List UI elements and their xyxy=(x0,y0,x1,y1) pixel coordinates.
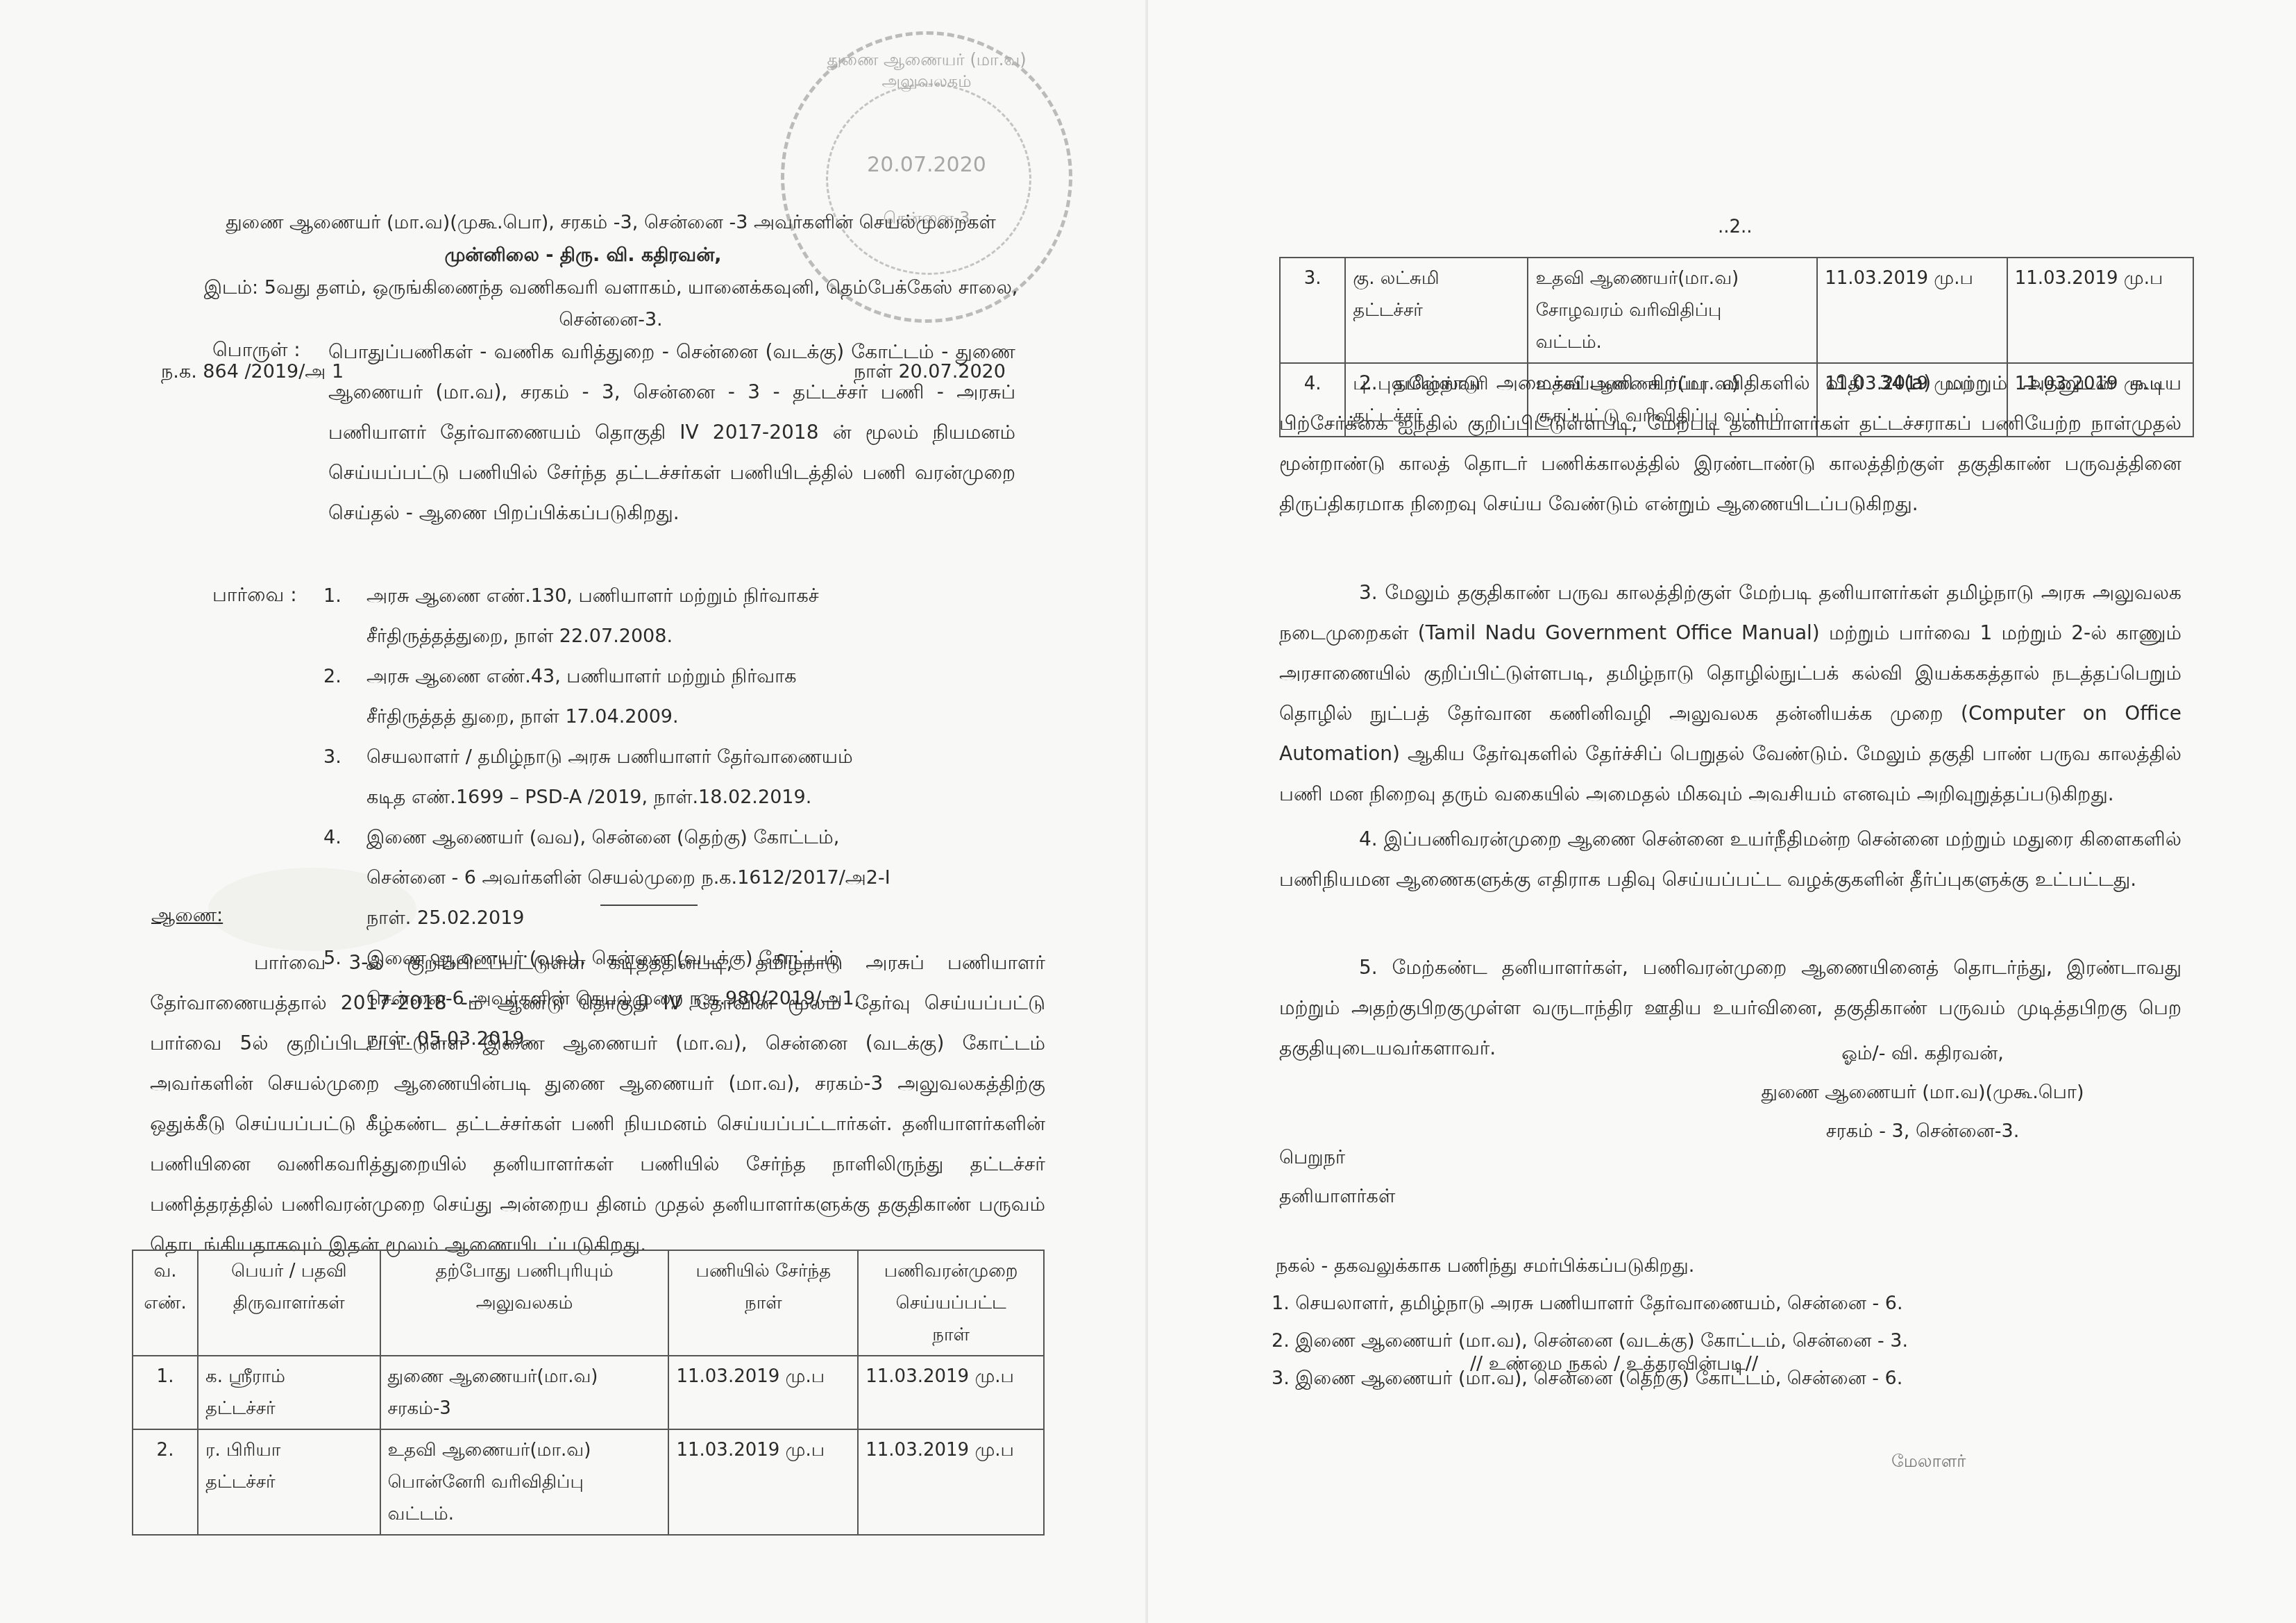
reference-item: 4.இணை ஆணையர் (வவ), சென்னை (தெற்கு) கோட்ட… xyxy=(323,818,948,939)
cell-sno: 1. xyxy=(133,1356,198,1429)
attested-by: மேலாளர் xyxy=(1891,1451,1966,1474)
cell-regularised: 11.03.2019 மு.ப xyxy=(858,1356,1044,1429)
order-label: ஆணை: xyxy=(151,905,223,929)
attestation-text: // உண்மை நகல் / உத்தரவின்படி// xyxy=(1470,1350,1758,1378)
paragraph-3: 3. மேலும் தகுதிகாண் பருவ காலத்திற்குள் ம… xyxy=(1279,573,2181,814)
header-presiding-officer: முன்னிலை - திரு. வி. கதிரவன், xyxy=(153,241,1013,270)
cell-sno: 3. xyxy=(1280,258,1345,363)
subject-text: பொதுப்பணிகள் - வணிக வரித்துறை - சென்னை (… xyxy=(328,332,1015,533)
stamp-ring-text: துணை ஆணையர் (மா.வ) அலுவலகம் xyxy=(784,50,1069,93)
stamp-date-text: 20.07.2020 xyxy=(784,153,1069,177)
order-text: பார்வை 3-ல் குறிப்பிடப்பட்டுள்ள கடிதத்தி… xyxy=(150,943,1045,1265)
col-header-office: தற்போது பணிபுரியும் அலுவலகம் xyxy=(380,1250,669,1356)
recipient-label: பெறுநர் xyxy=(1279,1138,1345,1177)
cell-sno: 2. xyxy=(133,1429,198,1535)
cell-joined: 11.03.2019 மு.ப xyxy=(1817,258,2007,363)
paragraph-2: 2. தமிழ்நாடு அமைச்சுப்பணி சிறப்பு விதிகள… xyxy=(1279,363,2181,524)
copy-to-heading: நகல் - தகவலுக்காக பணிந்து சமர்பிக்கப்படு… xyxy=(1276,1247,1694,1285)
header-location: இடம்: 5வது தளம், ஒருங்கிணைந்த வணிகவரி வள… xyxy=(153,274,1069,303)
reference-number-label: 3. xyxy=(323,737,366,818)
reference-text: அரசு ஆணை எண்.43, பணியாளர் மற்றும் நிர்வா… xyxy=(366,657,797,737)
reference-text: செயலாளர் / தமிழ்நாடு அரசு பணியாளர் தேர்வ… xyxy=(366,737,853,818)
cell-office: துணை ஆணையர்(மா.வ) சரகம்-3 xyxy=(380,1356,669,1429)
left-page: துணை ஆணையர் (மா.வ) அலுவலகம் 20.07.2020 ச… xyxy=(0,0,1148,1623)
col-header-regularised: பணிவரன்முறை செய்யப்பட்ட நாள் xyxy=(858,1250,1044,1356)
col-header-name: பெயர் / பதவி திருவாளர்கள் xyxy=(198,1250,380,1356)
paragraph-4: 4. இப்பணிவரன்முறை ஆணை சென்னை உயர்நீதிமன்… xyxy=(1279,819,2181,900)
reference-number-label: 2. xyxy=(323,657,366,737)
cell-office: உதவி ஆணையர்(மா.வ) பொன்னேரி வரிவிதிப்பு வ… xyxy=(380,1429,669,1535)
table-row: 3. கு. லட்சுமி தட்டச்சர் உதவி ஆணையர்(மா.… xyxy=(1280,258,2193,363)
page-number: ..2.. xyxy=(1718,217,1753,237)
cell-regularised: 11.03.2019 மு.ப xyxy=(2007,258,2193,363)
cell-regularised: 11.03.2019 மு.ப xyxy=(858,1429,1044,1535)
header-issuer: துணை ஆணையர் (மா.வ)(முகூ.பொ), சரகம் -3, ச… xyxy=(153,208,1069,237)
appointees-table: வ. எண். பெயர் / பதவி திருவாளர்கள் தற்போத… xyxy=(132,1250,1045,1536)
signature-office: சரகம் - 3, சென்னை-3. xyxy=(1742,1112,2103,1151)
reference-text: அரசு ஆணை எண்.130, பணியாளர் மற்றும் நிர்வ… xyxy=(366,576,819,657)
copy-to-list: 1. செயலாளர், தமிழ்நாடு அரசு பணியாளர் தேர… xyxy=(1272,1285,1908,1397)
section-divider xyxy=(600,905,698,906)
cell-name: கு. லட்சுமி தட்டச்சர் xyxy=(1345,258,1528,363)
signature-designation: துணை ஆணையர் (மா.வ)(முகூ.பொ) xyxy=(1728,1073,2117,1112)
table-row: 1. க. ஸ்ரீராம் தட்டச்சர் துணை ஆணையர்(மா.… xyxy=(133,1356,1044,1429)
cell-joined: 11.03.2019 மு.ப xyxy=(668,1356,858,1429)
table-row: 2. ர. பிரியா தட்டச்சர் உதவி ஆணையர்(மா.வ)… xyxy=(133,1429,1044,1535)
references-label: பார்வை : xyxy=(212,575,297,615)
reference-number-label: 1. xyxy=(323,576,366,657)
table-header-row: வ. எண். பெயர் / பதவி திருவாளர்கள் தற்போத… xyxy=(133,1250,1044,1356)
subject-label: பொருள் : xyxy=(212,330,301,370)
cell-joined: 11.03.2019 மு.ப xyxy=(668,1429,858,1535)
col-header-sno: வ. எண். xyxy=(133,1250,198,1356)
signature-name: ஓம்/- வி. கதிரவன், xyxy=(1763,1034,2082,1073)
cell-name: க. ஸ்ரீராம் தட்டச்சர் xyxy=(198,1356,380,1429)
reference-number-label: 4. xyxy=(323,818,366,939)
cell-office: உதவி ஆணையர்(மா.வ) சோழவரம் வரிவிதிப்பு வட… xyxy=(1528,258,1817,363)
right-page: ..2.. 3. கு. லட்சுமி தட்டச்சர் உதவி ஆணைய… xyxy=(1148,0,2296,1623)
reference-text: இணை ஆணையர் (வவ), சென்னை (தெற்கு) கோட்டம்… xyxy=(366,818,890,939)
reference-item: 2.அரசு ஆணை எண்.43, பணியாளர் மற்றும் நிர்… xyxy=(323,657,948,737)
col-header-joined: பணியில் சேர்ந்த நாள் xyxy=(668,1250,858,1356)
reference-item: 3.செயலாளர் / தமிழ்நாடு அரசு பணியாளர் தேர… xyxy=(323,737,948,818)
cell-name: ர. பிரியா தட்டச்சர் xyxy=(198,1429,380,1535)
recipient-value: தனியாளர்கள் xyxy=(1279,1177,1395,1216)
reference-item: 1.அரசு ஆணை எண்.130, பணியாளர் மற்றும் நிர… xyxy=(323,576,948,657)
copy-to-item: 1. செயலாளர், தமிழ்நாடு அரசு பணியாளர் தேர… xyxy=(1272,1285,1908,1322)
